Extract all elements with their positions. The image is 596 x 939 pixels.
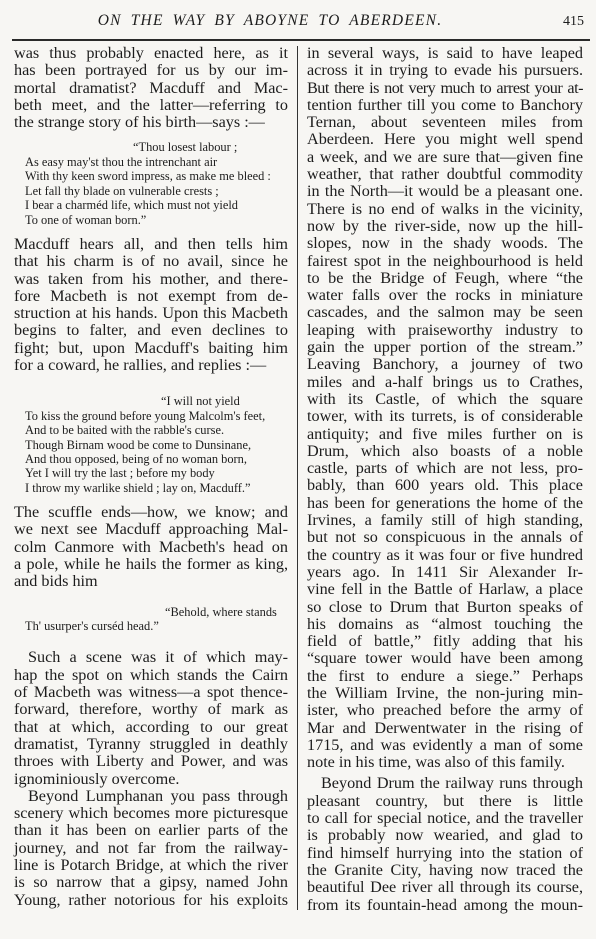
text-line: weather, that rather doubtful commodity (307, 166, 583, 183)
text-line: but not so conspicuous in the annals of (307, 529, 583, 546)
paragraph: Beyond Lumphanan you pass through scener… (14, 788, 288, 909)
text-line: Beyond Drum the railway runs through (307, 775, 583, 792)
verse-line: As easy may'st thou the intrenchant air (25, 155, 288, 169)
verse-line: Th' usurper's curséd head.” (25, 619, 288, 633)
text-line: Irvines, a family still of high standing… (307, 512, 583, 529)
left-column: was thus probably enacted here, as it ha… (14, 45, 288, 909)
right-column: in several ways, is said to have leaped … (307, 45, 583, 914)
text-line: miles and a-half brings us to Crathes, (307, 374, 583, 391)
text-line: Aberdeen. Here you might well spend (307, 131, 583, 148)
text-line: leaping with praiseworthy industry to (307, 322, 583, 339)
text-line: his domains as “almost touching the (307, 616, 583, 633)
text-line: across it in trying to evade his pursuer… (307, 62, 583, 79)
text-line: note in his time, was also of this famil… (307, 754, 583, 771)
text-line: years ago. In 1411 Sir Alexander Ir- (307, 564, 583, 581)
text-line: There is no end of walks in the vicinity… (307, 201, 583, 218)
text-line: the first to endure a siege.” Perhaps (307, 668, 583, 685)
text-line: scenery which becomes more picturesque (14, 805, 288, 822)
text-line: field of battle,” fitly adding that his (307, 633, 583, 650)
text-line: Macduff hears all, and then tells him (14, 236, 288, 253)
text-line: that at which, according to our great (14, 719, 288, 736)
text-line: we next see Macduff approaching Mal- (14, 521, 288, 538)
text-line: journey, and not far from the railway- (14, 840, 288, 857)
verse-line: And thou opposed, being of no woman born… (25, 452, 288, 466)
verse-line: Let fall thy blade on vulnerable crests … (25, 184, 288, 198)
text-line: the Granite City, having now traced the (307, 862, 583, 879)
text-line: begins to falter, and even declines to (14, 322, 288, 339)
running-title: ON THE WAY BY ABOYNE TO ABERDEEN. (12, 12, 528, 30)
text-line: colm Canmore with Macbeth's head on (14, 539, 288, 556)
text-line: is probably now wearied, and glad to (307, 827, 583, 844)
text-line: Drum, which also boasts of a noble (307, 443, 583, 460)
text-line: now by the river-side, now up the hill- (307, 218, 583, 235)
text-line: the strange story of his birth—says :— (14, 114, 288, 131)
text-line: was taken from his mother, and there- (14, 271, 288, 288)
text-line: forward, therefore, worthy of mark as (14, 701, 288, 718)
text-line: to be the Bridge of Feugh, where “the (307, 270, 583, 287)
text-line: dramatist, Tyranny struggled in deathly (14, 736, 288, 753)
text-line: bably, than 600 years old. This place (307, 477, 583, 494)
text-line: The scuffle ends—how, we know; and (14, 504, 288, 521)
verse-line: To one of woman born.” (25, 213, 288, 227)
text-line: fore Macbeth is not exempt from de- (14, 288, 288, 305)
text-line: in several ways, is said to have leaped (307, 45, 583, 62)
text-line: “square tower would have been among (307, 650, 583, 667)
text-line: Mar and Derwentwater in the rising of (307, 720, 583, 737)
text-line: Leaving Banchory, a journey of two (307, 356, 583, 373)
page-number: 415 (563, 14, 584, 30)
text-line: the William Irvine, the non-juring min- (307, 685, 583, 702)
paragraph: Such a scene was it of which may- hap th… (14, 649, 288, 787)
text-line: tention further till you come to Banchor… (307, 97, 583, 114)
text-line: fight; but, upon Macduff's baiting him (14, 340, 288, 357)
text-line: fairest spot in the neighbourhood is hel… (307, 253, 583, 270)
text-line: antiquity; and five miles further on is (307, 426, 583, 443)
text-line: to call for special notice, and the trav… (307, 810, 583, 827)
text-line: hap the spot on which stands the Cairn (14, 667, 288, 684)
text-line: in the North—it would be a pleasant one. (307, 183, 583, 200)
verse-line: And to be baited with the rabble's curse… (25, 423, 288, 437)
text-line: But there is not very much to arrest you… (307, 80, 583, 97)
verse-line: With thy keen sword impress, as make me … (25, 169, 288, 183)
paragraph: in several ways, is said to have leaped … (307, 45, 583, 771)
paragraph: Macduff hears all, and then tells him th… (14, 236, 288, 374)
text-line: the country as it was four or five hundr… (307, 547, 583, 564)
text-line: that his charm is of no avail, since he (14, 253, 288, 270)
text-line: cascades, and the salmon may be seen (307, 304, 583, 321)
text-line: a pole, while he hails the former as kin… (14, 556, 288, 573)
text-line: struction at his hands. Upon this Macbet… (14, 305, 288, 322)
verse-line: “Thou losest labour ; (25, 140, 288, 154)
text-line: is so narrow that a gipsy, named John (14, 874, 288, 891)
verse-line: “I will not yield (25, 394, 288, 408)
text-line: beautiful Dee river all through its cour… (307, 879, 583, 896)
paragraph: Beyond Drum the railway runs through ple… (307, 775, 583, 913)
text-line: gain the upper portion of the stream.” (307, 339, 583, 356)
header-rule (12, 39, 590, 41)
text-line: ignominiously overcome. (14, 771, 288, 788)
verse-line: To kiss the ground before young Malcolm'… (25, 409, 288, 423)
text-line: water falls over the rocks in miniature (307, 287, 583, 304)
text-line: beth meet, and the latter—referring to (14, 97, 288, 114)
verse-line: Though Birnam wood be come to Dunsinane, (25, 438, 288, 452)
text-line: has been for generations the home of the (307, 495, 583, 512)
verse-quote: “Thou losest labour ; As easy may'st tho… (25, 140, 288, 226)
text-line: for a coward, he rallies, and replies :— (14, 357, 288, 374)
text-line: tower, with its turrets, is of considera… (307, 408, 583, 425)
text-line: and bids him (14, 573, 288, 590)
text-line: throes with Liberty and Power, and was (14, 753, 288, 770)
paragraph: The scuffle ends—how, we know; and we ne… (14, 504, 288, 590)
text-line: so close to Drum that Burton speaks of (307, 599, 583, 616)
text-line: was thus probably enacted here, as it (14, 45, 288, 62)
verse-line: I throw my warlike shield ; lay on, Macd… (25, 481, 288, 495)
text-line: Ternan, about seventeen miles from (307, 114, 583, 131)
text-line: Such a scene was it of which may- (14, 649, 288, 666)
verse-line: I bear a charméd life, which must not yi… (25, 198, 288, 212)
text-line: castle, parts of which are not less, pro… (307, 460, 583, 477)
verse-quote: “I will not yield To kiss the ground bef… (25, 394, 288, 495)
text-line: a week, and we are sure that—given fine (307, 149, 583, 166)
text-line: Beyond Lumphanan you pass through (14, 788, 288, 805)
text-line: find himself hurrying into the station o… (307, 845, 583, 862)
text-line: has been portrayed for us by our im- (14, 62, 288, 79)
text-line: ister, who preached before the army of (307, 702, 583, 719)
column-divider (297, 46, 298, 910)
text-line: of Macbeth was witness—a spot thence- (14, 684, 288, 701)
text-line: slopes, now in the shady woods. The (307, 235, 583, 252)
text-line: mortal dramatist? Macduff and Mac- (14, 80, 288, 97)
verse-line: Yet I will try the last ; before my body (25, 466, 288, 480)
text-line: from its fountain-head among the moun- (307, 897, 583, 914)
text-line: pleasant country, but there is little (307, 793, 583, 810)
paragraph: was thus probably enacted here, as it ha… (14, 45, 288, 131)
text-line: line is Potarch Bridge, at which the riv… (14, 857, 288, 874)
verse-line: “Behold, where stands (25, 605, 288, 619)
text-line: Young, rather notorious for his exploits (14, 892, 288, 909)
page-header: ON THE WAY BY ABOYNE TO ABERDEEN. 415 (12, 8, 588, 38)
text-line: vine fell in the Battle of Harlaw, a pla… (307, 581, 583, 598)
text-line: with its Castle, of which the square (307, 391, 583, 408)
text-line: than it has been on earlier parts of the (14, 822, 288, 839)
text-line: 1715, and was evidently a man of some (307, 737, 583, 754)
verse-quote: “Behold, where stands Th' usurper's curs… (25, 605, 288, 634)
